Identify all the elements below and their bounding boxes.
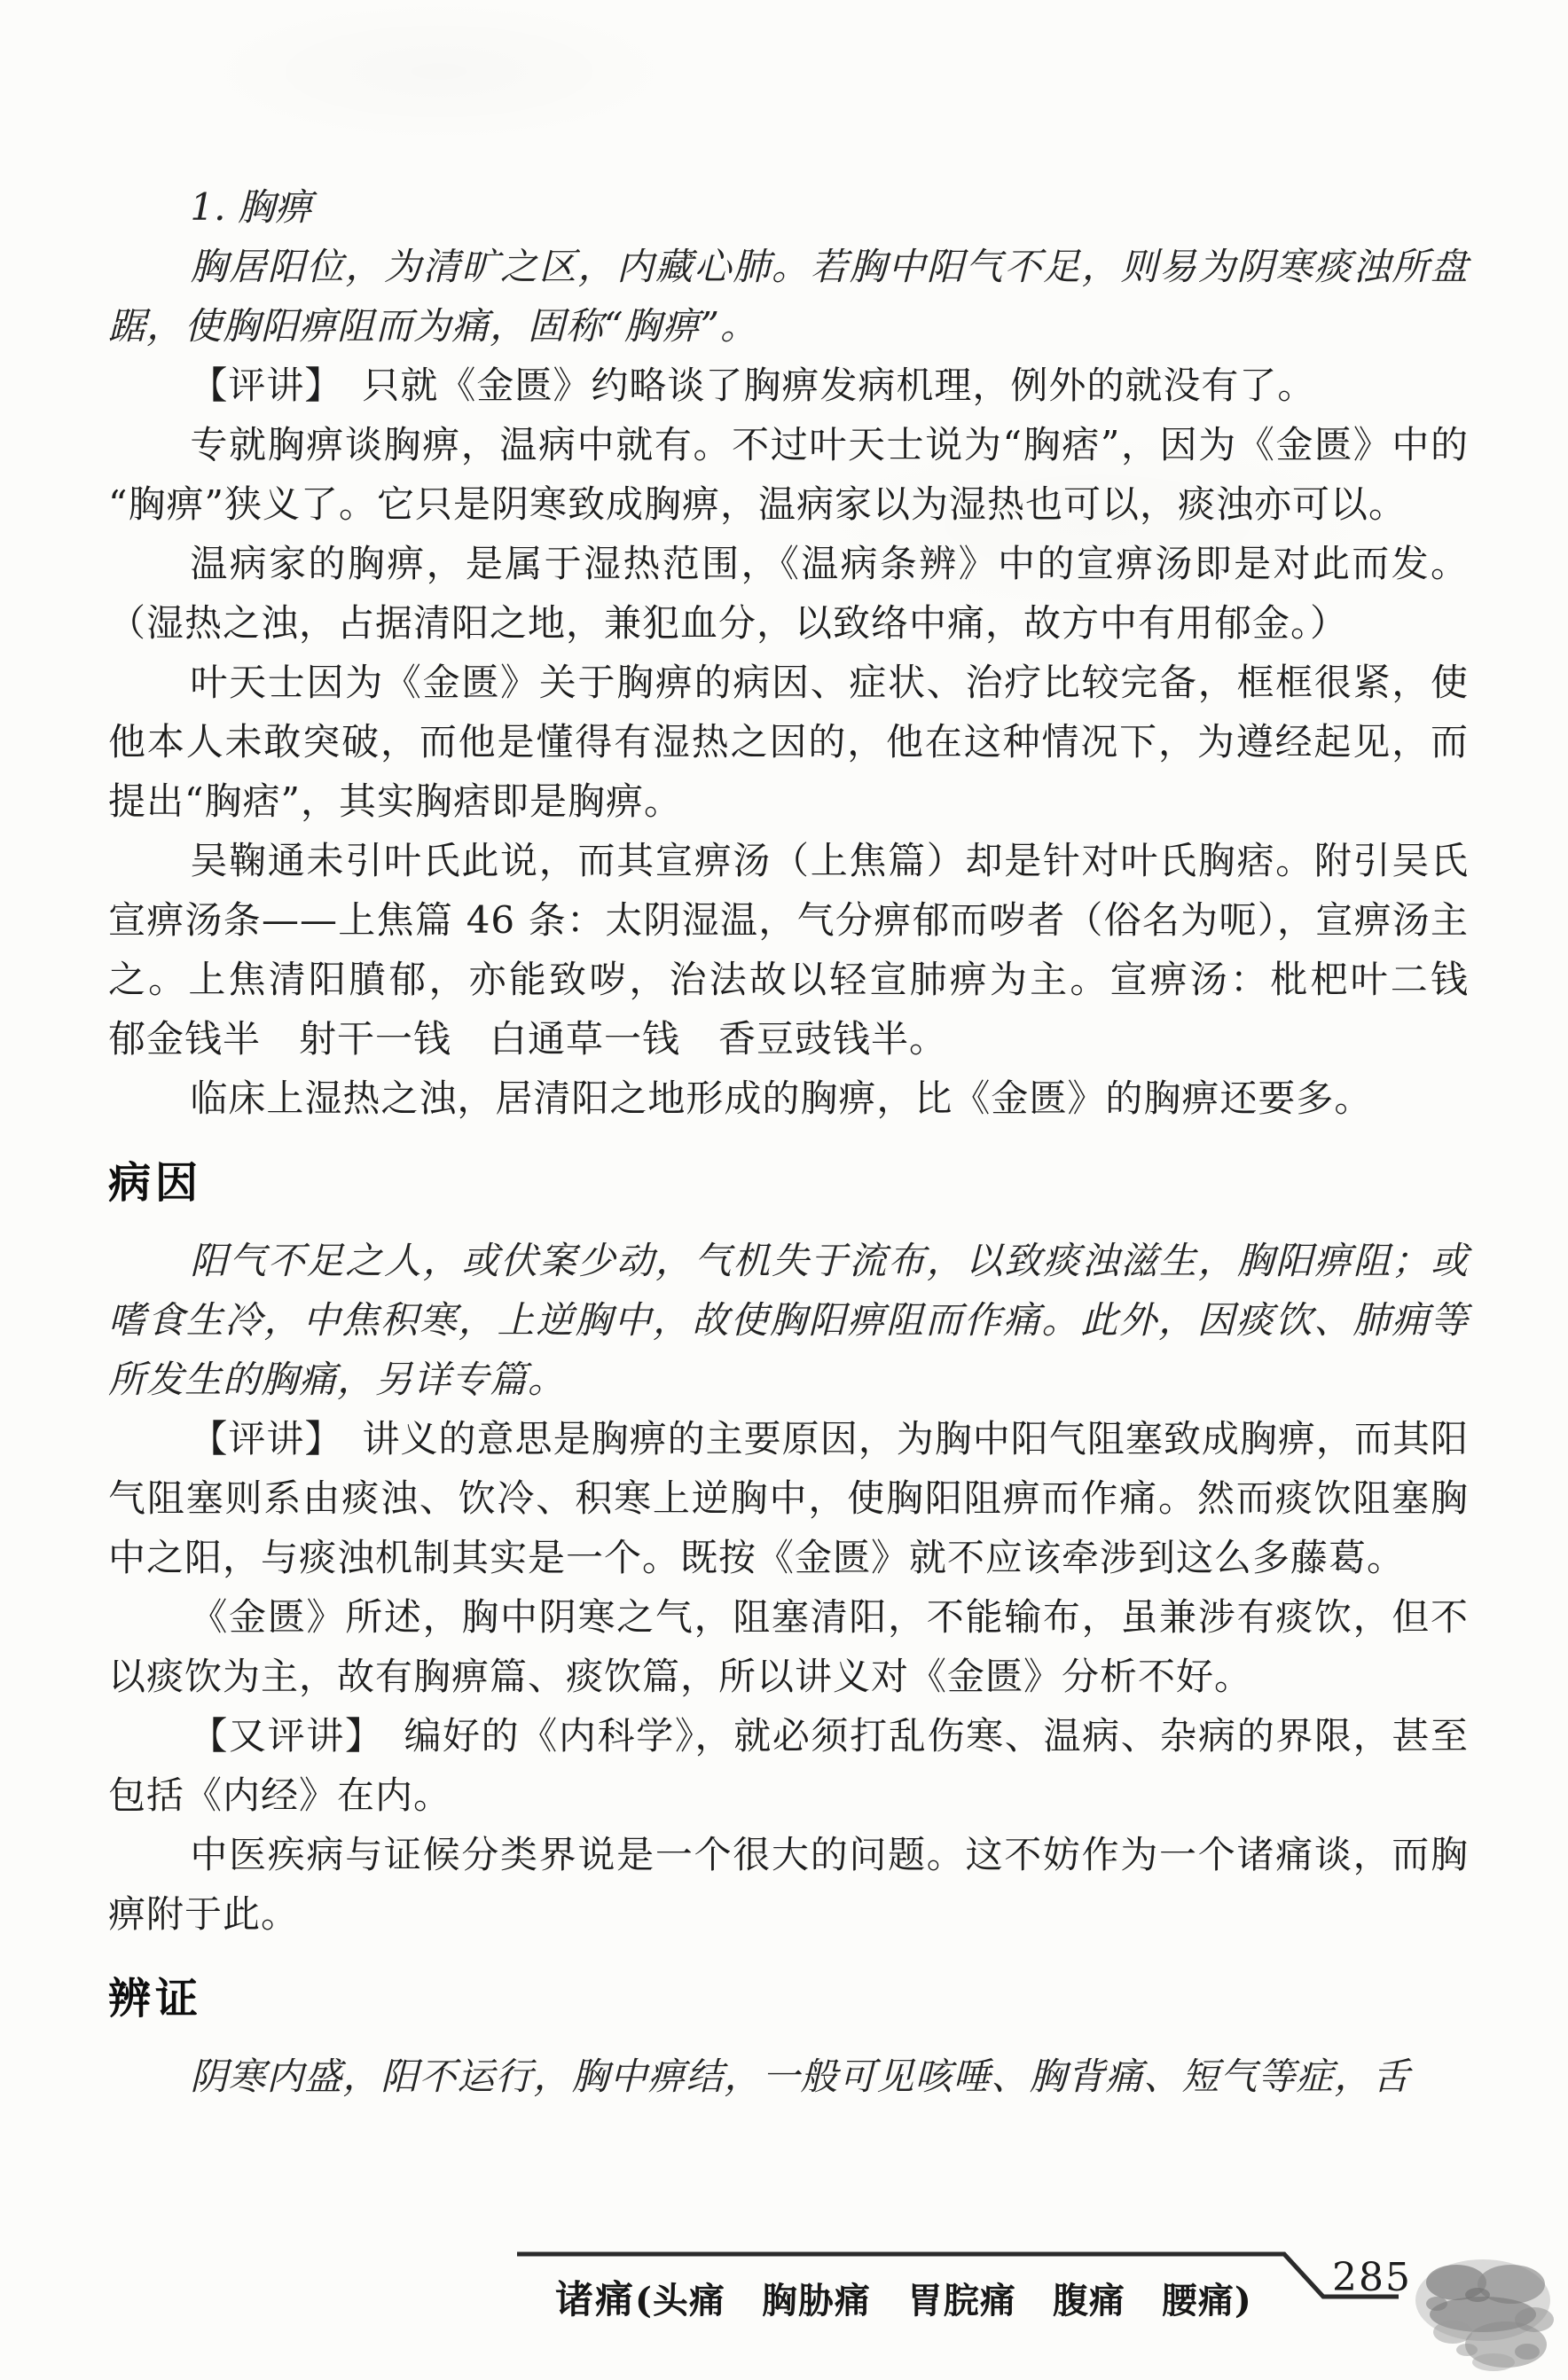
paragraph-comment-6: 临床上湿热之浊，居清阳之地形成的胸痹，比《金匮》的胸痹还要多。	[108, 1069, 1469, 1128]
subsection-title: 1. 胸痹	[108, 177, 1469, 237]
footer-chapter-detail: (头痛 胸胁痛 胃脘痛 腹痛 腰痛)	[635, 2280, 1252, 2321]
paragraph-comment-3: 温病家的胸痹，是属于湿热范围，《温病条辨》中的宣痹汤即是对此而发。（湿热之浊，占…	[108, 534, 1469, 653]
paragraph-comment-4: 叶天士因为《金匮》关于胸痹的病因、症状、治疗比较完备，框框很紧，使他本人未敢突破…	[108, 653, 1469, 831]
paragraph-differentiation-lecture: 阴寒内盛，阳不运行，胸中痹结，一般可见咳唾、胸背痛、短气等症，舌	[108, 2047, 1469, 2106]
paragraph-etiology-comment-2: 《金匮》所述，胸中阴寒之气，阻塞清阳，不能输布，虽兼涉有痰饮，但不以痰饮为主，故…	[108, 1587, 1469, 1706]
paragraph-comment-1: 【评讲】 只就《金匮》约略谈了胸痹发病机理，例外的就没有了。	[108, 356, 1469, 415]
section-heading-etiology: 病因	[108, 1156, 1469, 1210]
footer-chapter-title: 诸痛(头痛 胸胁痛 胃脘痛 腹痛 腰痛)	[555, 2270, 1252, 2324]
page-body: 1. 胸痹 胸居阳位，为清旷之区，内藏心肺。若胸中阳气不足，则易为阴寒痰浊所盘踞…	[108, 177, 1469, 2106]
paragraph-etiology-comment-3: 【又评讲】 编好的《内科学》，就必须打乱伤寒、温病、杂病的界限，甚至包括《内经》…	[108, 1706, 1469, 1825]
paragraph-comment-2: 专就胸痹谈胸痹，温病中就有。不过叶天士说为“胸痞”，因为《金匮》中的“胸痹”狭义…	[108, 415, 1469, 534]
paragraph-comment-5: 吴鞠通未引叶氏此说，而其宣痹汤（上焦篇）却是针对叶氏胸痞。附引吴氏宣痹汤条——上…	[108, 831, 1469, 1069]
page-number: 285	[1332, 2255, 1412, 2300]
paragraph-etiology-comment-1: 【评讲】 讲义的意思是胸痹的主要原因，为胸中阳气阻塞致成胸痹，而其阳气阻塞则系由…	[108, 1409, 1469, 1587]
paragraph-etiology-lecture: 阳气不足之人，或伏案少动，气机失于流布，以致痰浊滋生，胸阳痹阻；或嗜食生冷，中焦…	[108, 1231, 1469, 1409]
footer-chapter-label: 诸痛	[555, 2278, 635, 2322]
section-heading-differentiation: 辨证	[108, 1972, 1469, 2025]
paragraph-overview: 胸居阳位，为清旷之区，内藏心肺。若胸中阳气不足，则易为阴寒痰浊所盘踞，使胸阳痹阻…	[108, 237, 1469, 356]
paragraph-etiology-comment-4: 中医疾病与证候分类界说是一个很大的问题。这不妨作为一个诸痛谈，而胸痹附于此。	[108, 1825, 1469, 1944]
scanned-book-page: 1. 胸痹 胸居阳位，为清旷之区，内藏心肺。若胸中阳气不足，则易为阴寒痰浊所盘踞…	[0, 0, 1568, 2380]
publisher-seal-stamp	[1401, 2245, 1568, 2380]
